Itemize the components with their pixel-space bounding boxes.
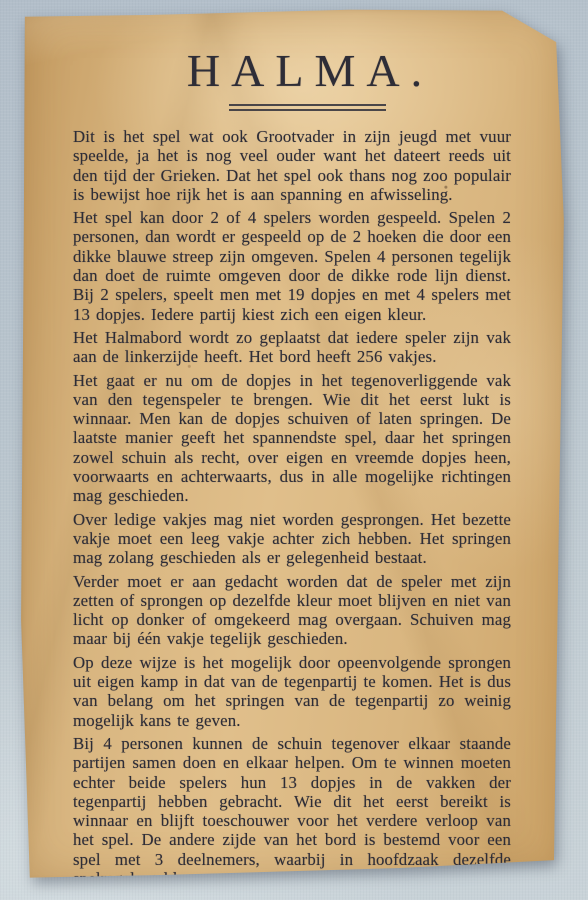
paragraph-four-players: Bij 4 personen kunnen de schuin tegenove… <box>73 734 511 888</box>
paragraph-players: Het spel kan door 2 of 4 spelers worden … <box>73 208 511 324</box>
title-double-rule <box>229 104 386 111</box>
photo-background: HALMA. Dit is het spel wat ook Grootvade… <box>0 0 588 900</box>
paragraph-goal: Het gaat er nu om de dopjes in het tegen… <box>73 371 511 506</box>
paragraph-jumping: Over ledige vakjes mag niet worden gespr… <box>73 510 511 568</box>
page-title: HALMA. <box>86 44 523 97</box>
paper-sheet: HALMA. Dit is het spel wat ook Grootvade… <box>20 8 566 882</box>
paragraph-strategy: Op deze wijze is het mogelijk door opeen… <box>73 653 511 730</box>
paragraph-colors: Verder moet er aan gedacht worden dat de… <box>73 572 511 649</box>
paragraph-board: Het Halmabord wordt zo geplaatst dat ied… <box>73 328 511 367</box>
paragraph-intro: Dit is het spel wat ook Grootvader in zi… <box>73 127 511 204</box>
rules-text: Dit is het spel wat ook Grootvader in zi… <box>73 127 511 892</box>
paper-shadow-wrap: HALMA. Dit is het spel wat ook Grootvade… <box>0 0 588 900</box>
